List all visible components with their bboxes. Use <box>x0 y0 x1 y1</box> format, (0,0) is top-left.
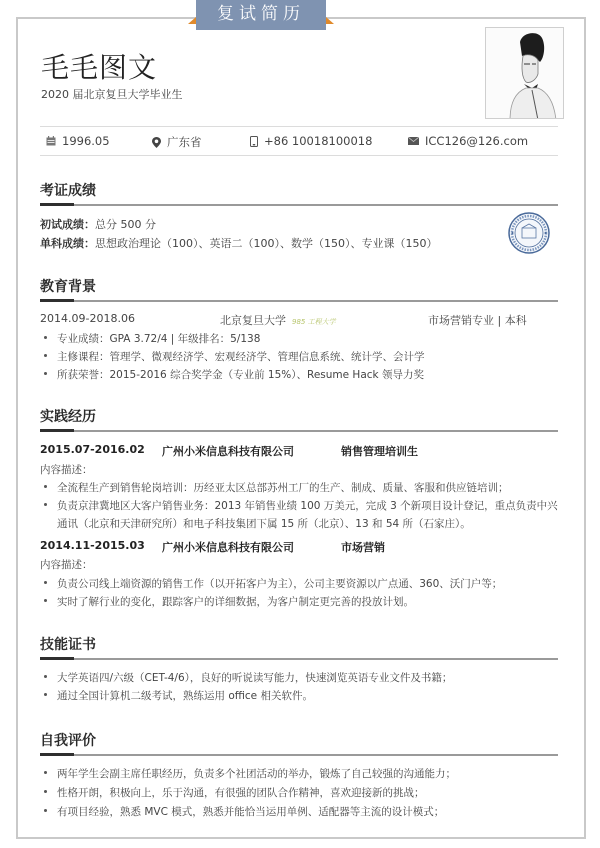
exam-label-initial: 初试成绩： <box>40 218 95 231</box>
education-period: 2014.09-2018.06 <box>40 312 135 325</box>
profile-photo <box>485 27 564 119</box>
section-rule-self <box>40 754 558 756</box>
practice-2-bullet: 实时了解行业的变化，跟踪客户的详细数据，为客户制定更完善的投放计划。 <box>44 594 414 609</box>
candidate-subtitle: 2020 届北京复旦大学毕业生 <box>41 86 183 102</box>
practice-1-bullet: 负责京津冀地区大客户销售业务：2013 年销售业绩 100 万美元，完成 3 个… <box>44 498 558 513</box>
practice-2-desc-label: 内容描述： <box>40 557 93 572</box>
contact-birth: 1996.05 <box>46 134 110 148</box>
exam-label-subjects: 单科成绩： <box>40 237 95 250</box>
mail-icon <box>408 137 419 145</box>
contact-phone: +86 10018100018 <box>250 134 372 148</box>
education-bullet: 专业成绩：GPA 3.72/4 | 年级排名：5/138 <box>44 331 260 346</box>
contact-location: 广东省 <box>152 134 202 150</box>
exam-value-initial: 总分 500 分 <box>95 218 156 231</box>
practice-1-bullet-continued: 通讯（北京和天津研究所）和电子科技集团下属 15 所（北京）、13 和 54 所… <box>57 516 471 531</box>
self-bullet: 两年学生会副主席任职经历，负责多个社团活动的举办，锻炼了自己较强的沟通能力； <box>44 766 456 781</box>
contact-birth-value: 1996.05 <box>62 134 110 148</box>
section-title-practice: 实践经历 <box>40 406 96 426</box>
education-school: 北京复旦大学985 工程大学 <box>220 312 336 328</box>
banner-fold-left <box>188 17 196 24</box>
calendar-icon <box>46 136 56 146</box>
section-title-education: 教育背景 <box>40 276 96 296</box>
practice-2-role: 市场营销 <box>341 539 385 555</box>
portrait-image <box>486 28 564 119</box>
skills-bullet: 大学英语四/六级（CET-4/6），良好的听说读写能力，快速浏览英语专业文件及书… <box>44 670 452 685</box>
practice-2-bullet: 负责公司线上端资源的销售工作（以开拓客户为主），公司主要资源以广点通、360、沃… <box>44 576 502 591</box>
practice-1-period: 2015.07-2016.02 <box>40 443 145 456</box>
exam-row-initial: 初试成绩：总分 500 分 <box>40 216 156 232</box>
banner-fold-right <box>326 17 334 24</box>
candidate-name: 毛毛图文 <box>41 46 157 86</box>
exam-value-subjects: 思想政治理论（100）、英语二（100）、数学（150）、专业课（150） <box>95 237 437 250</box>
phone-icon <box>250 136 258 147</box>
section-title-skills: 技能证书 <box>40 634 96 654</box>
university-seal-icon <box>508 212 550 254</box>
banner-title: 复试简历 <box>196 0 326 30</box>
practice-1-company: 广州小米信息科技有限公司 <box>162 443 294 459</box>
section-title-exam: 考证成绩 <box>40 180 96 200</box>
section-rule-education <box>40 300 558 302</box>
contact-email-value: ICC126@126.com <box>425 134 528 148</box>
self-bullet: 性格开朗，积极向上，乐于沟通，有很强的团队合作精神，喜欢迎接新的挑战； <box>44 785 425 800</box>
location-pin-icon <box>152 137 161 148</box>
education-bullet: 主修课程：管理学、微观经济学、宏观经济学、管理信息系统、统计学、会计学 <box>44 349 425 364</box>
education-bullet: 所获荣誉：2015-2016 综合奖学金（专业前 15%）、Resume Hac… <box>44 367 424 382</box>
practice-2-period: 2014.11-2015.03 <box>40 539 145 552</box>
practice-1-role: 销售管理培训生 <box>341 443 418 459</box>
exam-row-subjects: 单科成绩：思想政治理论（100）、英语二（100）、数学（150）、专业课（15… <box>40 235 437 251</box>
practice-2-company: 广州小米信息科技有限公司 <box>162 539 294 555</box>
contact-email: ICC126@126.com <box>408 134 528 148</box>
education-major: 市场营销专业 | 本科 <box>428 312 527 328</box>
practice-1-desc-label: 内容描述： <box>40 462 93 477</box>
section-rule-practice <box>40 430 558 432</box>
contact-bar: 1996.05 广东省 +86 10018100018 ICC126@126.c… <box>40 126 558 156</box>
banner: 复试简历 <box>196 0 326 30</box>
contact-phone-value: +86 10018100018 <box>264 134 372 148</box>
self-bullet: 有项目经验，熟悉 MVC 模式，熟悉并能恰当运用单例、适配器等主流的设计模式； <box>44 804 444 819</box>
practice-1-bullet: 全流程生产到销售轮岗培训：历经亚太区总部苏州工厂的生产、制成、质量、客服和供应链… <box>44 480 509 495</box>
education-school-tag: 985 工程大学 <box>292 318 336 326</box>
education-school-name: 北京复旦大学 <box>220 314 286 327</box>
section-rule-skills <box>40 658 558 660</box>
skills-bullet: 通过全国计算机二级考试，熟练运用 office 相关软件。 <box>44 688 313 703</box>
section-title-self: 自我评价 <box>40 730 96 750</box>
section-rule-exam <box>40 204 558 206</box>
contact-location-value: 广东省 <box>167 134 202 150</box>
